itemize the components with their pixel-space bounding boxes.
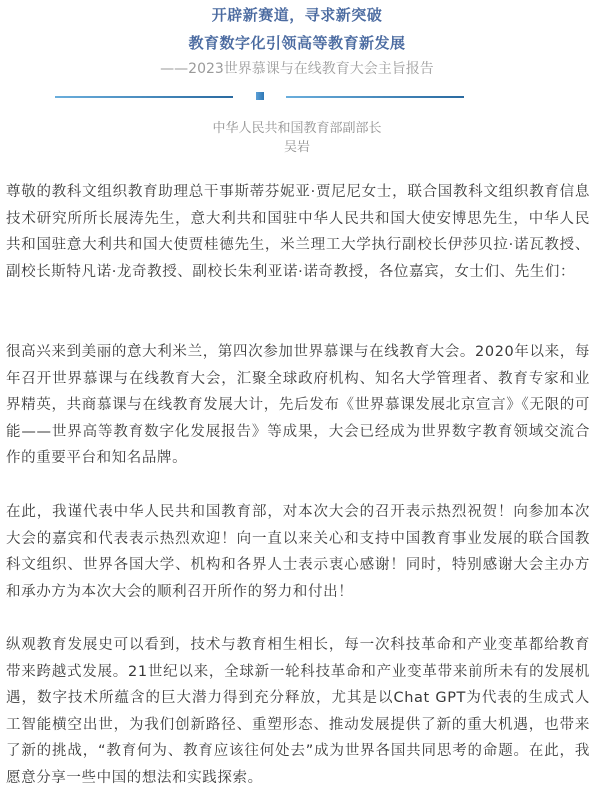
article-title-line1: 开辟新赛道，寻求新突破: [0, 4, 594, 25]
article-title-line2: 教育数字化引领高等教育新发展: [0, 32, 594, 53]
paragraph-introduction: 很高兴来到美丽的意大利米兰，第四次参加世界慕课与在线教育大会。2020年以来，每…: [6, 339, 590, 472]
divider-line-right: [286, 96, 464, 98]
divider-line-left: [55, 96, 233, 98]
author-title: 中华人民共和国教育部副部长: [0, 117, 594, 136]
paragraph-education-history: 纵观教育发展史可以看到，技术与教育相生相长，每一次科技革命和产业变革都给教育带来…: [6, 632, 590, 791]
paragraph-greeting: 尊敬的教科文组织教育助理总干事斯蒂芬妮亚·贾尼尼女士，联合国教科文组织教育信息技…: [6, 179, 590, 285]
divider-square-icon: [256, 92, 264, 100]
author-name: 吴岩: [0, 136, 594, 155]
paragraph-congratulations: 在此，我谨代表中华人民共和国教育部，对本次大会的召开表示热烈祝贺！向参加本次大会…: [6, 499, 590, 605]
article-subtitle: ——2023世界慕课与在线教育大会主旨报告: [0, 58, 594, 78]
